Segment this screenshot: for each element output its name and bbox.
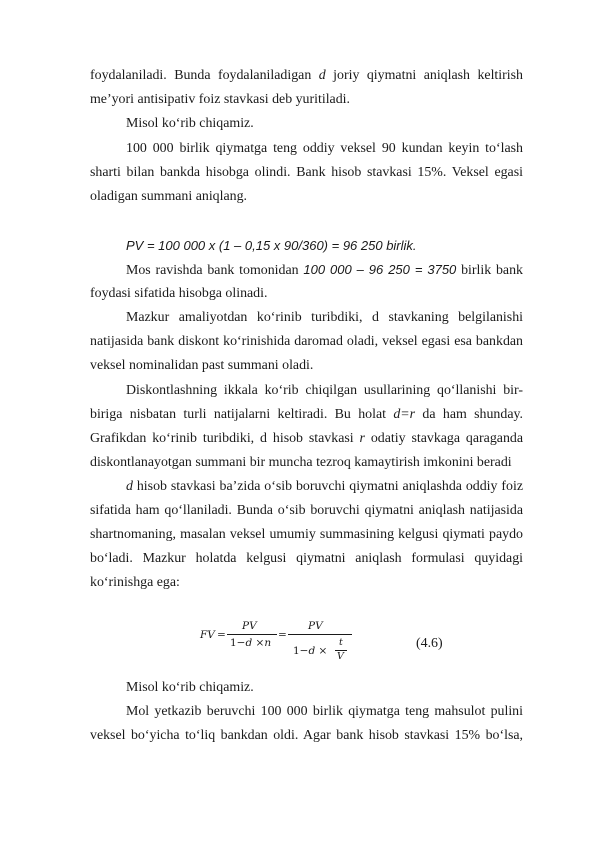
equation-number: (4.6): [416, 636, 443, 652]
formula-num-1: PV: [242, 620, 257, 632]
emphasized-text: d: [126, 479, 133, 494]
emphasized-text: d=r: [393, 407, 415, 422]
text-line: ko‘rinishga ega:: [90, 575, 523, 591]
text-line: Grafikdan ko‘rinib turibdiki, d hisob st…: [90, 431, 523, 447]
text-line: me’yori antisipativ foiz stavkasi deb yu…: [90, 92, 523, 108]
emphasized-text: PV = 100 000 x (1 – 0,15 x 90/360) = 96 …: [126, 238, 417, 253]
fraction-bar-1: [227, 634, 277, 635]
text-line: biriga nisbatan turli natijalarni keltir…: [90, 407, 523, 423]
text-segment: joriy qiymatni aniqlash keltirish: [326, 68, 523, 83]
text-segment: Misol ko‘rib chiqamiz.: [126, 680, 254, 695]
text-line: veksel bo‘yicha to‘liq bankdan oldi. Aga…: [90, 728, 523, 744]
text-segment: 100 000 birlik qiymatga teng oddiy vekse…: [126, 141, 523, 156]
text-segment: odatiy stavkaga qaraganda: [365, 431, 523, 446]
text-segment: me’yori antisipativ foiz stavkasi deb yu…: [90, 92, 350, 107]
text-line: shartnomaning, masalan veksel umumiy sum…: [90, 527, 523, 543]
text-line: Misol ko‘rib chiqamiz.: [126, 116, 523, 132]
text-segment: natijasida bank diskont ko‘rinishida dar…: [90, 334, 523, 349]
emphasized-text: d: [319, 68, 326, 83]
formula-eq-2: =: [278, 629, 287, 641]
document-page: foydalaniladi. Bunda foydalaniladigan d …: [0, 0, 596, 842]
text-segment: sifatida ham qo‘llaniladi. Bunda o‘sib b…: [90, 503, 523, 518]
text-line: diskontlanayotgan summani bir muncha tez…: [90, 455, 523, 471]
text-segment: Diskontlashning ikkala ko‘rib chiqilgan …: [126, 383, 523, 398]
text-line: oladigan summani aniqlang.: [90, 189, 523, 205]
text-line: sharti bilan bankda hisobga olindi. Bank…: [90, 165, 523, 181]
text-line: natijasida bank diskont ko‘rinishida dar…: [90, 334, 523, 350]
text-line: foydasi sifatida hisobga olinadi.: [90, 286, 523, 302]
text-segment: oladigan summani aniqlang.: [90, 189, 247, 204]
text-line: Misol ko‘rib chiqamiz.: [126, 680, 523, 696]
text-segment: birlik bank: [456, 263, 523, 278]
text-line: Mol yetkazib beruvchi 100 000 birlik qiy…: [126, 704, 523, 720]
emphasized-text: 100 000 – 96 250 = 3750: [303, 262, 456, 277]
text-segment: veksel nominalidan past summani oladi.: [90, 358, 313, 373]
text-segment: Misol ko‘rib chiqamiz.: [126, 116, 254, 131]
formula-den-1: 1−d ×n: [230, 637, 271, 649]
text-segment: biriga nisbatan turli natijalarni keltir…: [90, 407, 393, 422]
text-line: bo‘ladi. Mazkur holatda kelgusi qiymatni…: [90, 551, 523, 567]
formula-eq-1: =: [217, 629, 226, 641]
text-segment: hisob stavkasi ba’zida o‘sib boruvchi qi…: [133, 479, 523, 494]
text-line: d hisob stavkasi ba’zida o‘sib boruvchi …: [126, 479, 523, 495]
text-segment: da ham shunday.: [415, 407, 523, 422]
formula-inner-den: V: [337, 651, 344, 662]
text-line: PV = 100 000 x (1 – 0,15 x 90/360) = 96 …: [126, 238, 523, 255]
fraction-bar-2: [288, 634, 352, 635]
text-segment: diskontlanayotgan summani bir muncha tez…: [90, 455, 512, 470]
text-segment: Mol yetkazib beruvchi 100 000 birlik qiy…: [126, 704, 523, 719]
text-line: veksel nominalidan past summani oladi.: [90, 358, 523, 374]
text-segment: foydasi sifatida hisobga olinadi.: [90, 286, 267, 301]
text-segment: Mos ravishda bank tomonidan: [126, 263, 303, 278]
text-line: foydalaniladi. Bunda foydalaniladigan d …: [90, 68, 523, 84]
text-line: Diskontlashning ikkala ko‘rib chiqilgan …: [126, 383, 523, 399]
text-segment: Grafikdan ko‘rinib turibdiki, d hisob st…: [90, 431, 360, 446]
text-segment: shartnomaning, masalan veksel umumiy sum…: [90, 527, 523, 542]
formula-num-2: PV: [308, 620, 323, 632]
text-segment: ko‘rinishga ega:: [90, 575, 180, 590]
text-line: Mos ravishda bank tomonidan 100 000 – 96…: [126, 262, 523, 279]
formula-inner-num: t: [339, 637, 343, 648]
text-segment: veksel bo‘yicha to‘liq bankdan oldi. Aga…: [90, 728, 523, 743]
text-segment: Mazkur amaliyotdan ko‘rinib turibdiki, d…: [126, 310, 523, 325]
text-segment: sharti bilan bankda hisobga olindi. Bank…: [90, 165, 523, 180]
formula-lhs: FV: [200, 629, 215, 641]
text-segment: foydalaniladi. Bunda foydalaniladigan: [90, 68, 319, 83]
text-segment: bo‘ladi. Mazkur holatda kelgusi qiymatni…: [90, 551, 523, 566]
text-line: 100 000 birlik qiymatga teng oddiy vekse…: [126, 141, 523, 157]
formula-den-2: 1−d ×: [293, 645, 327, 657]
text-line: Mazkur amaliyotdan ko‘rinib turibdiki, d…: [126, 310, 523, 326]
text-line: sifatida ham qo‘llaniladi. Bunda o‘sib b…: [90, 503, 523, 519]
